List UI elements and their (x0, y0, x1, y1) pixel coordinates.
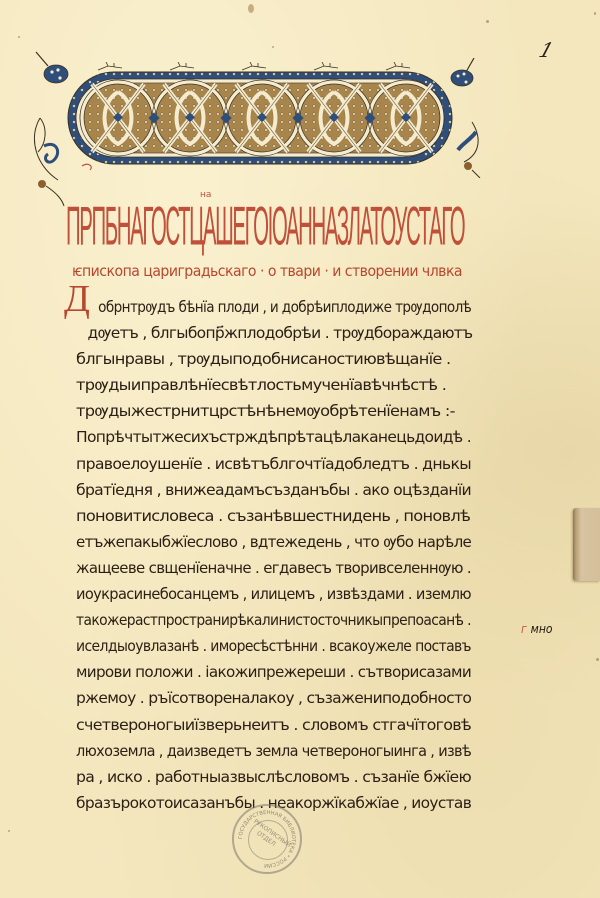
text-line: обрнтрѹдъ бѣнїа плоди , и добрѣиплодиже … (76, 294, 489, 320)
manuscript-text-block: обрнтрѹдъ бѣнїа плоди , и добрѣиплодиже … (76, 294, 486, 816)
interlace-headpiece (62, 62, 458, 174)
vyaz-title: ПРПБНАГОСТЦАШЕГОІОАННАЗЛАТОУСТАГО (66, 191, 251, 266)
text-line: такожерастпространирѣкалинистосточникыпр… (76, 607, 497, 633)
text-line: ржемоу . ръїсотвореналакоу , съзаженипод… (76, 685, 547, 711)
text-line: Попрѣчтытжесихъстрждѣпрѣтацѣлаканецьдоид… (76, 424, 547, 450)
text-line: етъжепакыбжїеслово , вдтежедень , что ѹб… (76, 529, 534, 555)
text-line: бразърокотоисазанъбы . неакоржїкабжїае ,… (76, 790, 545, 816)
text-line: блгынравы , трѹдыподобнисаностиювѣщанїе … (76, 346, 568, 372)
speck (596, 658, 599, 661)
margin-note-text: мно (531, 622, 553, 636)
speck (8, 830, 10, 832)
text-line: счетвероногыиїзверьнеитъ . словомъ стгач… (76, 712, 559, 738)
text-line: жащееве свщенїеначне . егдавесъ творивсе… (76, 555, 531, 581)
text-line: братїедня , внижеадамъсъзданъбы . ако оц… (76, 477, 551, 503)
text-line: трѹдыжестрнитцрстѣнѣнемѹобрѣтенїенамъ :- (76, 398, 568, 424)
stain-spot (248, 4, 254, 13)
text-line: ра , иско . работныазвыслѣсловомъ . съза… (76, 764, 552, 790)
speck (18, 36, 20, 38)
text-line: мирови положи . іакожипрежереши . сътвор… (76, 659, 537, 685)
text-line: правоелоушенїе . исвѣтъблгочтїадобледтъ … (76, 451, 553, 477)
text-line: иоукрасинебосанцемъ , илицемъ , извѣздам… (76, 581, 520, 607)
manuscript-page: 1 (0, 0, 600, 898)
text-line: поновитисловеса . съзанѣвшестнидень , по… (76, 503, 568, 529)
margin-note-red-mark: г (521, 622, 527, 636)
library-stamp: ГОСУДАРСТВЕННАЯ БИБЛИОТЕКА * РОССИИ РУКО… (232, 804, 302, 874)
speck (594, 12, 596, 15)
bookmark-tab[interactable] (573, 508, 600, 581)
folio-number: 1 (536, 38, 557, 62)
text-line: трѹдыиправлѣнїесвѣтлостьмученїавѣчнѣстѣ … (76, 372, 568, 398)
red-rubric-line: ѥпископа цариградьскаго · о твари · и ст… (72, 262, 489, 280)
text-line: иселдыоувлазанѣ . иморесѣстѣнни . всакоу… (76, 633, 501, 659)
text-line: дѹетъ , блгыбопр҃жплодобрѣи . трѹдборажд… (76, 320, 546, 346)
speck (486, 20, 489, 23)
margin-note: гмно (521, 622, 552, 636)
speck (272, 46, 274, 48)
text-line: люхоземла , даизведетъ земла четвероногы… (76, 738, 516, 764)
